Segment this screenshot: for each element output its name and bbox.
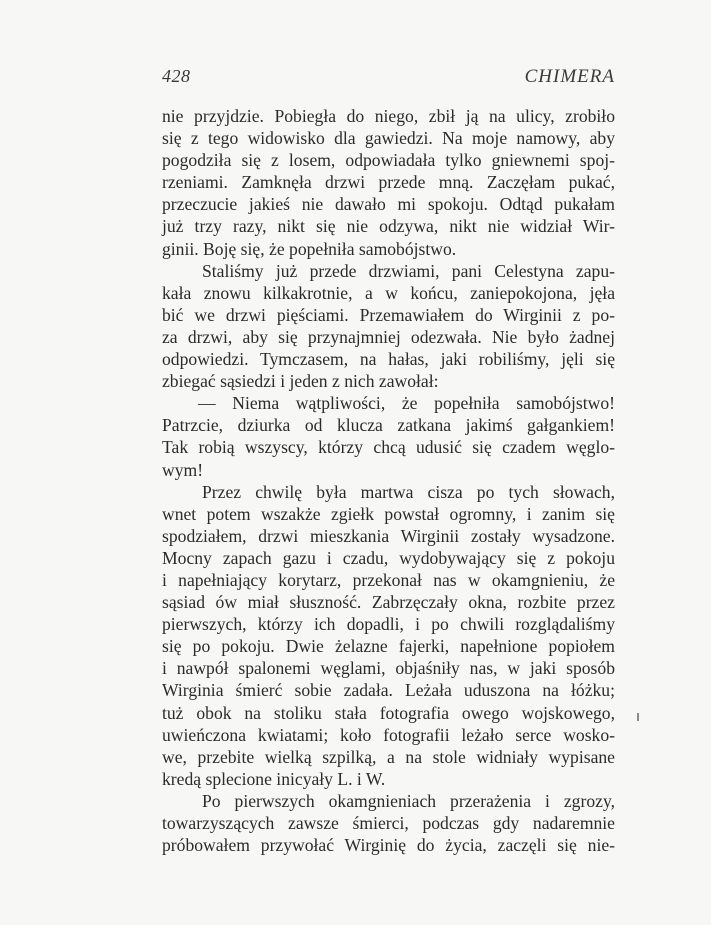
text-line: we, przebite wielką szpilką, a na stole … xyxy=(162,746,615,768)
text-line: wnet potem wszakże zgiełk powstał ogromn… xyxy=(162,503,615,525)
book-page: 428 CHIMERA nie przyjdzie. Pobiegła do n… xyxy=(162,66,615,856)
text-line: Po pierwszych okamgnieniach przerażenia … xyxy=(162,790,615,812)
text-line: się z tego widowisko dla gawiedzi. Na mo… xyxy=(162,127,615,149)
text-line: Wirginia śmierć sobie zadała. Leżała udu… xyxy=(162,679,615,701)
running-title: CHIMERA xyxy=(525,66,615,88)
text-line: Patrzcie, dziurka od klucza zatkana jaki… xyxy=(162,414,615,436)
text-line: bić we drzwi pięściami. Przemawiałem do … xyxy=(162,304,615,326)
text-line: zbiegać sąsiedzi i jeden z nich zawołał: xyxy=(162,370,615,392)
text-line: — Niema wątpliwości, że popełniła samobó… xyxy=(162,392,615,414)
text-line: rzeniami. Zamknęła drzwi przede mną. Zac… xyxy=(162,171,615,193)
text-line: i nawpół spalonemi węglami, objaśniły na… xyxy=(162,657,615,679)
text-line: towarzyszących zawsze śmierci, podczas g… xyxy=(162,812,615,834)
body-text: nie przyjdzie. Pobiegła do niego, zbił j… xyxy=(162,105,615,856)
text-line: pierwszych, którzy ich dopadli, i po chw… xyxy=(162,613,615,635)
text-line: Staliśmy już przede drzwiami, pani Celes… xyxy=(162,260,615,282)
text-line: próbowałem przywołać Wirginię do życia, … xyxy=(162,834,615,856)
text-line: już trzy razy, nikt się nie odzywa, nikt… xyxy=(162,215,615,237)
text-line: Przez chwilę była martwa cisza po tych s… xyxy=(162,481,615,503)
margin-mark xyxy=(637,713,639,721)
text-line: ginii. Boję się, że popełniła samobójstw… xyxy=(162,238,615,260)
page-number: 428 xyxy=(162,66,191,87)
text-line: Tak robią wszyscy, którzy chcą udusić si… xyxy=(162,436,615,458)
text-line: tuż obok na stoliku stała fotografia owe… xyxy=(162,702,615,724)
text-line: przeczucie jakieś nie dawało mi spokoju.… xyxy=(162,193,615,215)
text-line: uwieńczona kwiatami; koło fotografii leż… xyxy=(162,724,615,746)
text-line: za drzwi, aby się przynajmniej odezwała.… xyxy=(162,326,615,348)
running-head: 428 CHIMERA xyxy=(162,66,615,100)
text-line: kredą splecione inicyały L. i W. xyxy=(162,768,615,790)
text-line: nie przyjdzie. Pobiegła do niego, zbił j… xyxy=(162,105,615,127)
text-line: się po pokoju. Dwie żelazne fajerki, nap… xyxy=(162,635,615,657)
text-line: sąsiad ów miał słuszność. Zabrzęczały ok… xyxy=(162,591,615,613)
text-line: Mocny zapach gazu i czadu, wydobywający … xyxy=(162,547,615,569)
text-line: spodziałem, drzwi mieszkania Wirginii zo… xyxy=(162,525,615,547)
text-line: odpowiedzi. Tymczasem, na hałas, jaki ro… xyxy=(162,348,615,370)
text-line: wym! xyxy=(162,459,615,481)
text-line: pogodziła się z losem, odpowiadała tylko… xyxy=(162,149,615,171)
text-line: kała znowu kilkakrotnie, a w końcu, zani… xyxy=(162,282,615,304)
text-line: i napełniający korytarz, przekonał nas w… xyxy=(162,569,615,591)
